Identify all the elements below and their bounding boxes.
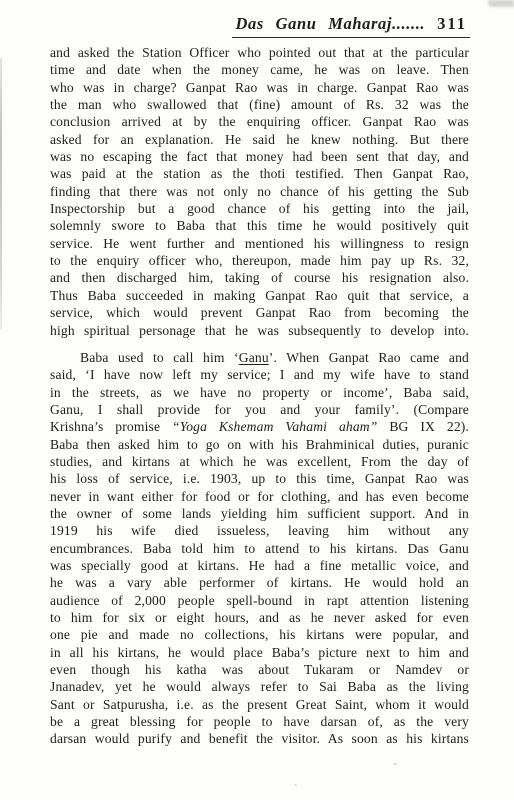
text-line: one pie and made no collections, his kir… [50, 626, 469, 643]
text-line: service, which would prevent Ganpat Rao … [50, 304, 469, 321]
text-line: service. He went further and mentioned h… [50, 235, 469, 252]
text-segment: the owner of some lands yielding him suf… [50, 506, 469, 521]
text-segment: solemnly swore to Baba that this time he… [50, 218, 469, 233]
text-segment: asked for an explanation. He said he kne… [50, 132, 469, 147]
text-line: who was in charge? Ganpat Rao was in cha… [50, 79, 469, 96]
text-segment: was specially good at kirtans. He had a … [50, 558, 469, 573]
text-segment: Thus Baba succeeded in making Ganpat Rao… [50, 288, 469, 303]
text-line: even though his katha was about Tukaram … [50, 661, 469, 678]
text-segment: and asked the Station Officer who pointe… [50, 45, 469, 60]
page-number: 311 [437, 14, 467, 33]
text-line: said, ‘I have now left my service; I and… [50, 366, 469, 383]
text-line: 1919 his wife died issueless, leaving hi… [50, 522, 469, 539]
text-line: was specially good at kirtans. He had a … [50, 557, 469, 574]
text-segment: was paid at the station as the thoti tes… [50, 166, 469, 181]
text-line: was no escaping the fact that money had … [50, 148, 469, 165]
text-line: Krishna’s promise “Yoga Kshemam Vahami a… [50, 418, 469, 435]
text-line: high spiritual personage that he was sub… [50, 322, 469, 339]
text-segment: Krishna’s promise [50, 419, 172, 434]
text-segment: never in want either for food or for clo… [50, 489, 469, 504]
text-line: was paid at the station as the thoti tes… [50, 165, 469, 182]
text-segment: “Yoga Kshemam Vahami aham” [172, 419, 377, 434]
text-line: encumbrances. Baba told him to attend to… [50, 540, 469, 557]
text-line: Sant or Satpurusha, i.e. as the present … [50, 696, 469, 713]
text-segment: his loss of service, i.e. 1903, up to th… [50, 471, 469, 486]
text-segment: Sant or Satpurusha, i.e. as the present … [50, 697, 469, 712]
scan-speck [393, 763, 397, 765]
text-line: his loss of service, i.e. 1903, up to th… [50, 470, 469, 487]
text-line: in all his kirtans, he would place Baba’… [50, 644, 469, 661]
text-line: to him for six or eight hours, and as he… [50, 609, 469, 626]
text-line: audience of 2,000 people spell-bound in … [50, 592, 469, 609]
text-segment: Jnanadev, yet he would always refer to S… [50, 679, 469, 694]
scan-speck [294, 784, 297, 786]
paragraph: and asked the Station Officer who pointe… [50, 44, 469, 339]
text-line: darsan would purify and benefit the visi… [50, 730, 469, 747]
text-segment: Baba then asked him to go on with his Br… [50, 437, 469, 452]
text-line: Baba then asked him to go on with his Br… [50, 436, 469, 453]
text-segment: high spiritual personage that he was sub… [50, 323, 469, 338]
text-segment: service. He went further and mentioned h… [50, 236, 469, 251]
text-segment: darsan would purify and benefit the visi… [50, 731, 469, 746]
text-line: and then discharged him, taking of cours… [50, 269, 469, 286]
text-segment: be a great blessing for people to have d… [50, 714, 469, 729]
text-segment: time and date when the money came, he wa… [50, 62, 469, 77]
text-segment: said, ‘I have now left my service; I and… [50, 367, 469, 382]
text-line: be a great blessing for people to have d… [50, 713, 469, 730]
scan-corner-artifact [488, 0, 514, 7]
book-page: Das Ganu Maharaj.......311 and asked the… [0, 0, 514, 800]
text-segment: one pie and made no collections, his kir… [50, 627, 469, 642]
text-segment: audience of 2,000 people spell-bound in … [50, 593, 469, 608]
page-header: Das Ganu Maharaj.......311 [232, 14, 470, 38]
text-line: solemnly swore to Baba that this time he… [50, 217, 469, 234]
text-segment: who was in charge? Ganpat Rao was in cha… [50, 80, 469, 95]
text-line: time and date when the money came, he wa… [50, 61, 469, 78]
text-line: Inspectorship but a good chance of his g… [50, 200, 469, 217]
text-line: and asked the Station Officer who pointe… [50, 44, 469, 61]
text-segment: ’. When Ganpat Rao came and [269, 350, 469, 365]
text-line: Baba used to call him ‘Ganu’. When Ganpa… [50, 349, 469, 366]
text-segment: in all his kirtans, he would place Baba’… [50, 645, 469, 660]
text-segment: 1919 his wife died issueless, leaving hi… [50, 523, 469, 538]
text-segment: service, which would prevent Ganpat Rao … [50, 305, 469, 320]
text-line: never in want either for food or for clo… [50, 488, 469, 505]
text-line: conclusion arrived at by the enquiring o… [50, 113, 469, 130]
text-line: the owner of some lands yielding him suf… [50, 505, 469, 522]
text-line: finding that there was not only no chanc… [50, 183, 469, 200]
text-line: asked for an explanation. He said he kne… [50, 131, 469, 148]
text-line: Jnanadev, yet he would always refer to S… [50, 678, 469, 695]
text-segment: Inspectorship but a good chance of his g… [50, 201, 469, 216]
text-segment: encumbrances. Baba told him to attend to… [50, 541, 469, 556]
text-segment: BG IX 22). [377, 419, 469, 434]
text-segment: Ganu [239, 350, 269, 365]
text-segment: even though his katha was about Tukaram … [50, 662, 469, 677]
text-segment: the man who swallowed that (fine) amount… [50, 97, 469, 112]
running-title: Das Ganu Maharaj....... [236, 14, 426, 33]
text-segment: to the enquiry officer who, thereupon, m… [50, 253, 469, 268]
text-line: in the streets, as we have no property o… [50, 384, 469, 401]
text-line: he was a vary able performer of kirtans.… [50, 574, 469, 591]
text-segment: in the streets, as we have no property o… [50, 385, 469, 400]
page-body: and asked the Station Officer who pointe… [50, 44, 469, 748]
text-line: Thus Baba succeeded in making Ganpat Rao… [50, 287, 469, 304]
text-line: the man who swallowed that (fine) amount… [50, 96, 469, 113]
text-segment: to him for six or eight hours, and as he… [50, 610, 469, 625]
text-segment: Ganu, I shall provide for you and your f… [50, 402, 469, 417]
text-segment: was no escaping the fact that money had … [50, 149, 469, 164]
text-line: to the enquiry officer who, thereupon, m… [50, 252, 469, 269]
paragraph: Baba used to call him ‘Ganu’. When Ganpa… [50, 349, 469, 748]
text-line: Ganu, I shall provide for you and your f… [50, 401, 469, 418]
text-line: studies, and kirtans at which he was exc… [50, 453, 469, 470]
text-segment: conclusion arrived at by the enquiring o… [50, 114, 469, 129]
text-segment: and then discharged him, taking of cours… [50, 270, 469, 285]
scan-edge-artifact [0, 58, 2, 330]
text-segment: he was a vary able performer of kirtans.… [50, 575, 469, 590]
text-segment: finding that there was not only no chanc… [50, 184, 469, 199]
text-segment: studies, and kirtans at which he was exc… [50, 454, 469, 469]
text-segment: Baba used to call him ‘ [80, 350, 239, 365]
